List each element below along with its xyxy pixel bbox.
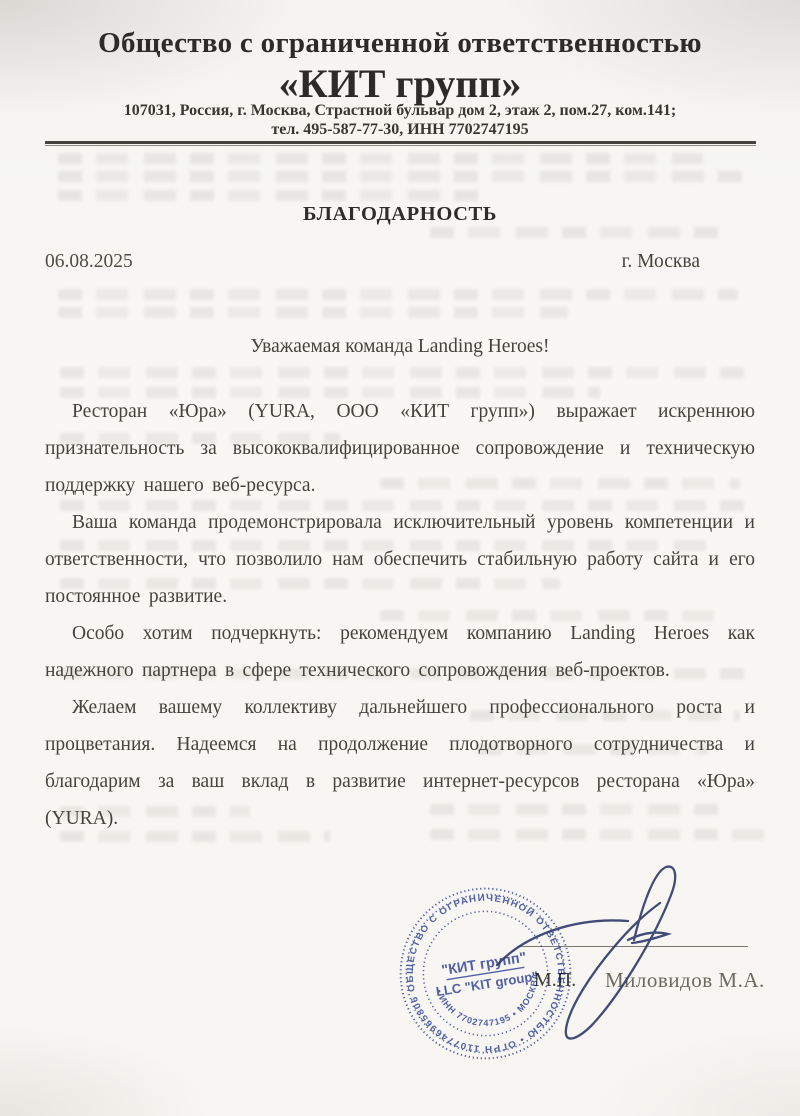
bleedthrough-line <box>58 153 703 164</box>
bleedthrough-line <box>60 367 750 378</box>
greeting-line: Уважаемая команда Landing Heroes! <box>0 336 800 358</box>
document-date: 06.08.2025 <box>45 251 133 273</box>
letter-body: Ресторан «Юра» (YURA, ООО «КИТ групп») в… <box>45 393 755 837</box>
document-title: БЛАГОДАРНОСТЬ <box>0 203 800 226</box>
body-paragraph: Ваша команда продемонстрировала исключит… <box>45 504 755 615</box>
bleedthrough-line <box>58 307 568 318</box>
org-type-line: Общество с ограниченной ответственностью <box>0 27 800 60</box>
scanned-letter-page: { "letterhead": { "org_type": "Общество … <box>0 0 800 1116</box>
signature-loop-stroke <box>566 867 675 1039</box>
body-paragraph: Желаем вашему коллективу дальнейшего про… <box>45 689 755 837</box>
bleedthrough-line <box>58 171 750 182</box>
bleedthrough-line <box>58 289 738 300</box>
body-paragraph: Особо хотим подчеркнуть: рекомендуем ком… <box>45 615 755 689</box>
signature-sweep-stroke <box>497 920 628 965</box>
bleedthrough-line <box>430 227 730 238</box>
handwritten-signature <box>480 855 770 1060</box>
bleedthrough-line <box>58 190 488 201</box>
org-address: 107031, Россия, г. Москва, Страстной бул… <box>0 102 800 120</box>
body-paragraph: Ресторан «Юра» (YURA, ООО «КИТ групп») в… <box>45 393 755 504</box>
letterhead-divider <box>45 141 756 146</box>
org-phone-inn: тел. 495-587-77-30, ИНН 7702747195 <box>0 121 800 139</box>
document-city: г. Москва <box>622 251 700 273</box>
org-name: «КИТ групп» <box>0 60 800 107</box>
